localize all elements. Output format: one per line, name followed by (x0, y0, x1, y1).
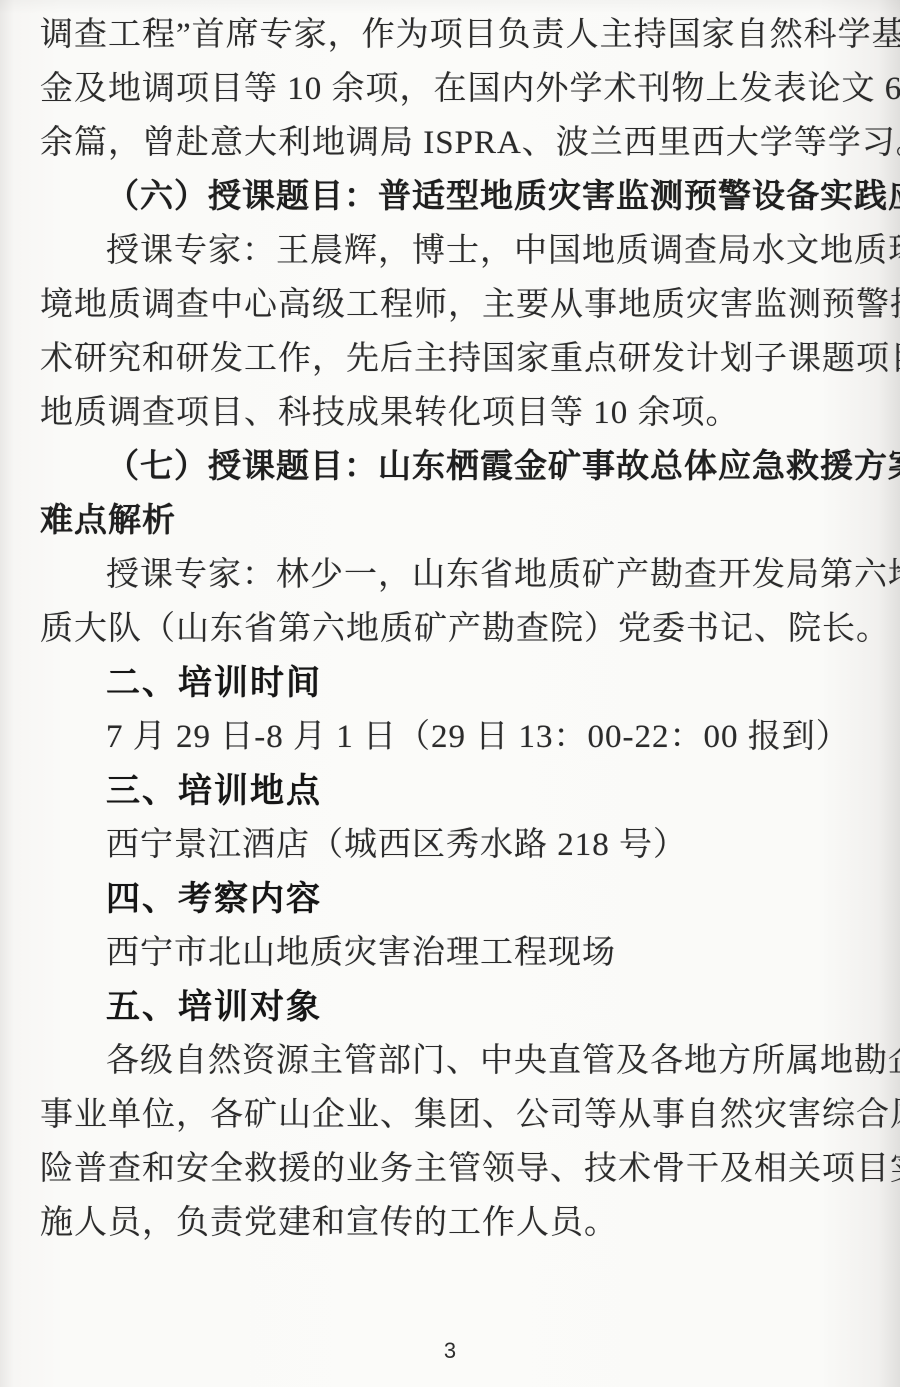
text-line: 难点解析 (40, 494, 864, 548)
text-line: 授课专家：林少一，山东省地质矿产勘查开发局第六地 (40, 548, 864, 602)
text-line: 五、培训对象 (40, 980, 864, 1034)
text-line: 质大队（山东省第六地质矿产勘查院）党委书记、院长。 (40, 602, 864, 656)
text-line: 各级自然资源主管部门、中央直管及各地方所属地勘企 (40, 1034, 864, 1088)
text-line: 二、培训时间 (40, 656, 864, 710)
text-line: （六）授课题目：普适型地质灾害监测预警设备实践应用 (40, 170, 864, 224)
text-line: 事业单位，各矿山企业、集团、公司等从事自然灾害综合风 (40, 1088, 864, 1142)
text-line: 三、培训地点 (40, 764, 864, 818)
text-line: （七）授课题目：山东栖霞金矿事故总体应急救援方案 (40, 440, 864, 494)
text-line: 授课专家：王晨辉，博士，中国地质调查局水文地质环 (40, 224, 864, 278)
page-number: 3 (0, 1338, 900, 1364)
document-body: 调查工程”首席专家，作为项目负责人主持国家自然科学基金及地调项目等 10 余项，… (40, 8, 864, 1250)
text-line: 术研究和研发工作，先后主持国家重点研发计划子课题项目、 (40, 332, 864, 386)
text-line: 险普查和安全救援的业务主管领导、技术骨干及相关项目实 (40, 1142, 864, 1196)
text-line: 调查工程”首席专家，作为项目负责人主持国家自然科学基 (40, 8, 864, 62)
text-line: 地质调查项目、科技成果转化项目等 10 余项。 (40, 386, 864, 440)
text-line: 西宁市北山地质灾害治理工程现场 (40, 926, 864, 980)
text-line: 金及地调项目等 10 余项，在国内外学术刊物上发表论文 60 (40, 62, 864, 116)
document-page: 调查工程”首席专家，作为项目负责人主持国家自然科学基金及地调项目等 10 余项，… (0, 0, 900, 1387)
text-line: 7 月 29 日-8 月 1 日（29 日 13：00-22：00 报到） (40, 710, 864, 764)
text-line: 余篇，曾赴意大利地调局 ISPRA、波兰西里西大学等学习。 (40, 116, 864, 170)
text-line: 四、考察内容 (40, 872, 864, 926)
text-line: 西宁景江酒店（城西区秀水路 218 号） (40, 818, 864, 872)
text-line: 施人员，负责党建和宣传的工作人员。 (40, 1196, 864, 1250)
text-line: 境地质调查中心高级工程师，主要从事地质灾害监测预警技 (40, 278, 864, 332)
